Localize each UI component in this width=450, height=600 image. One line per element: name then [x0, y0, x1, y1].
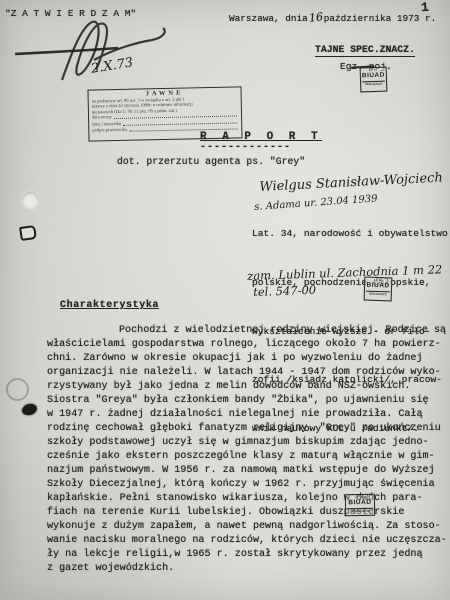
section-heading-characteristics: Charakterystyka	[60, 300, 159, 311]
hole-punch-outline	[6, 378, 29, 401]
paragraph-line: rzystywany był jako jedna z melin dowódc…	[47, 380, 449, 394]
paragraph-line: nazjum państwowym. W 1956 r. za namową m…	[47, 464, 449, 478]
paragraph-line: fiach na terenie Kurii lubelskiej. Obowi…	[47, 506, 449, 520]
archive-stamp-name: BIUAD	[361, 72, 386, 80]
archive-stamp-top: IPN BIUAD Warszawa	[360, 67, 388, 93]
paragraph-line: właścicielami gospodarstwa rolnego, licz…	[47, 338, 449, 352]
archive-stamp-city: Warszawa	[362, 80, 385, 87]
paragraph-line: z gazet wojewódzkich.	[47, 562, 449, 576]
paragraph-line: chni. Zarówno w okresie okupacji jak i p…	[47, 352, 449, 366]
archive-stamp-bottom: IPN BIUAD Warszawa	[345, 494, 375, 517]
paragraph-line: wanie nacisku moralnego na rodziców, któ…	[47, 534, 449, 548]
paragraph-line: organizacji nie należeli. W latach 1944 …	[47, 366, 449, 380]
paragraph-line: cześnie jako ekstern poszczególne klasy …	[47, 450, 449, 464]
place-and-date-line: Warszawa, dnia16października 1973 r.	[229, 13, 436, 26]
dark-ink-mark-small	[19, 225, 37, 241]
classification-label: TAJNE SPEC.ZNACZ.	[315, 44, 415, 57]
paragraph-line: Pochodzi z wielodzietnej rodziny wiejski…	[47, 324, 449, 338]
handwritten-subject-name: Wielgus Stanisław-Wojciech	[259, 170, 443, 195]
paragraph-line: Siostra "Greya" była członkiem bandy "Żb…	[47, 394, 449, 408]
dark-ink-mark-oval	[21, 402, 38, 417]
dateline-prefix: Warszawa, dnia	[229, 13, 308, 24]
archive-stamp-name: BIUAD	[346, 499, 374, 507]
dateline-suffix: października 1973 r.	[324, 13, 437, 24]
handwritten-phone: tel. 547-00	[253, 283, 316, 299]
archive-stamp-city: Warszawa	[347, 507, 373, 513]
paragraph-line: rodzinę cechował głęboki fanatyzm religi…	[47, 422, 449, 436]
archive-stamp-name: BIUAD	[365, 282, 391, 290]
archive-stamp-middle: IPN BIUAD Warszawa	[364, 277, 393, 302]
hole-punch-filled	[22, 192, 39, 209]
paragraph-line: Szkoły Diecezjalnej, którą kończy w 1962…	[47, 478, 449, 492]
characteristics-paragraph: Pochodzi z wielodzietnej rodziny wiejski…	[47, 324, 449, 576]
bio-line: Lat. 34, narodowość i obywatelstwo	[252, 226, 448, 242]
paragraph-line: ły na lekcje religii,w 1965 r. został sk…	[47, 548, 449, 562]
signature-scribble	[0, 10, 210, 100]
paragraph-line: w 1947 r. żadnej działalności nielegalne…	[47, 408, 449, 422]
paragraph-line: kapłańskie. Pełni stanowisko wikariusza,…	[47, 492, 449, 506]
paragraph-line: szkoły podstawowej uczył się w gimnazjum…	[47, 436, 449, 450]
scanned-document-page: "Z A T W I E R D Z A M" 2.X.73 1 Warszaw…	[0, 0, 450, 600]
archive-stamp-city: Warszawa	[366, 290, 390, 297]
report-subject: dot. przerzutu agenta ps. "Grey"	[117, 156, 305, 167]
paragraph-line: wykonuje z dużym zapałem, a nawet pewną …	[47, 520, 449, 534]
report-title-underline: -------------	[200, 142, 291, 153]
handwritten-day: 16	[308, 10, 323, 24]
